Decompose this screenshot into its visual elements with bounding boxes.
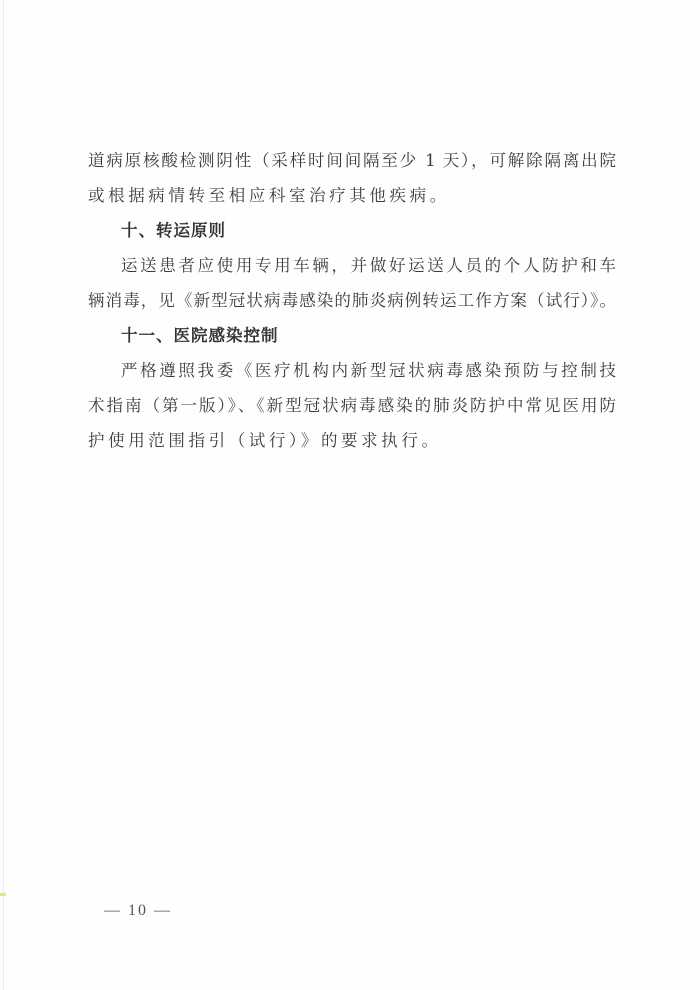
page-number: — 10 — — [104, 902, 172, 920]
paragraph-transport-line-1: 运送患者应使用专用车辆，并做好运送人员的个人防护和车 — [88, 248, 616, 283]
section-heading-transport: 十、转运原则 — [88, 213, 616, 248]
scan-edge-line — [3, 0, 4, 990]
paragraph-discharge-line-1: 道病原核酸检测阴性（采样时间间隔至少 1 天），可解除隔离出院 — [88, 143, 616, 178]
paragraph-infection-line-1: 严格遵照我委《医疗机构内新型冠状病毒感染预防与控制技 — [88, 353, 616, 388]
paragraph-discharge-line-2: 或根据病情转至相应科室治疗其他疾病。 — [88, 178, 616, 213]
scan-edge-mark — [0, 893, 6, 896]
paragraph-transport-line-2: 辆消毒，见《新型冠状病毒感染的肺炎病例转运工作方案（试行）》。 — [88, 283, 616, 318]
document-body: 道病原核酸检测阴性（采样时间间隔至少 1 天），可解除隔离出院 或根据病情转至相… — [88, 143, 616, 458]
section-heading-infection-control: 十一、医院感染控制 — [88, 318, 616, 353]
paragraph-infection-line-2: 术指南（第一版）》、《新型冠状病毒感染的肺炎防护中常见医用防 — [88, 388, 616, 423]
document-page: 道病原核酸检测阴性（采样时间间隔至少 1 天），可解除隔离出院 或根据病情转至相… — [0, 0, 700, 990]
paragraph-infection-line-3: 护使用范围指引（试行）》的要求执行。 — [88, 423, 616, 458]
